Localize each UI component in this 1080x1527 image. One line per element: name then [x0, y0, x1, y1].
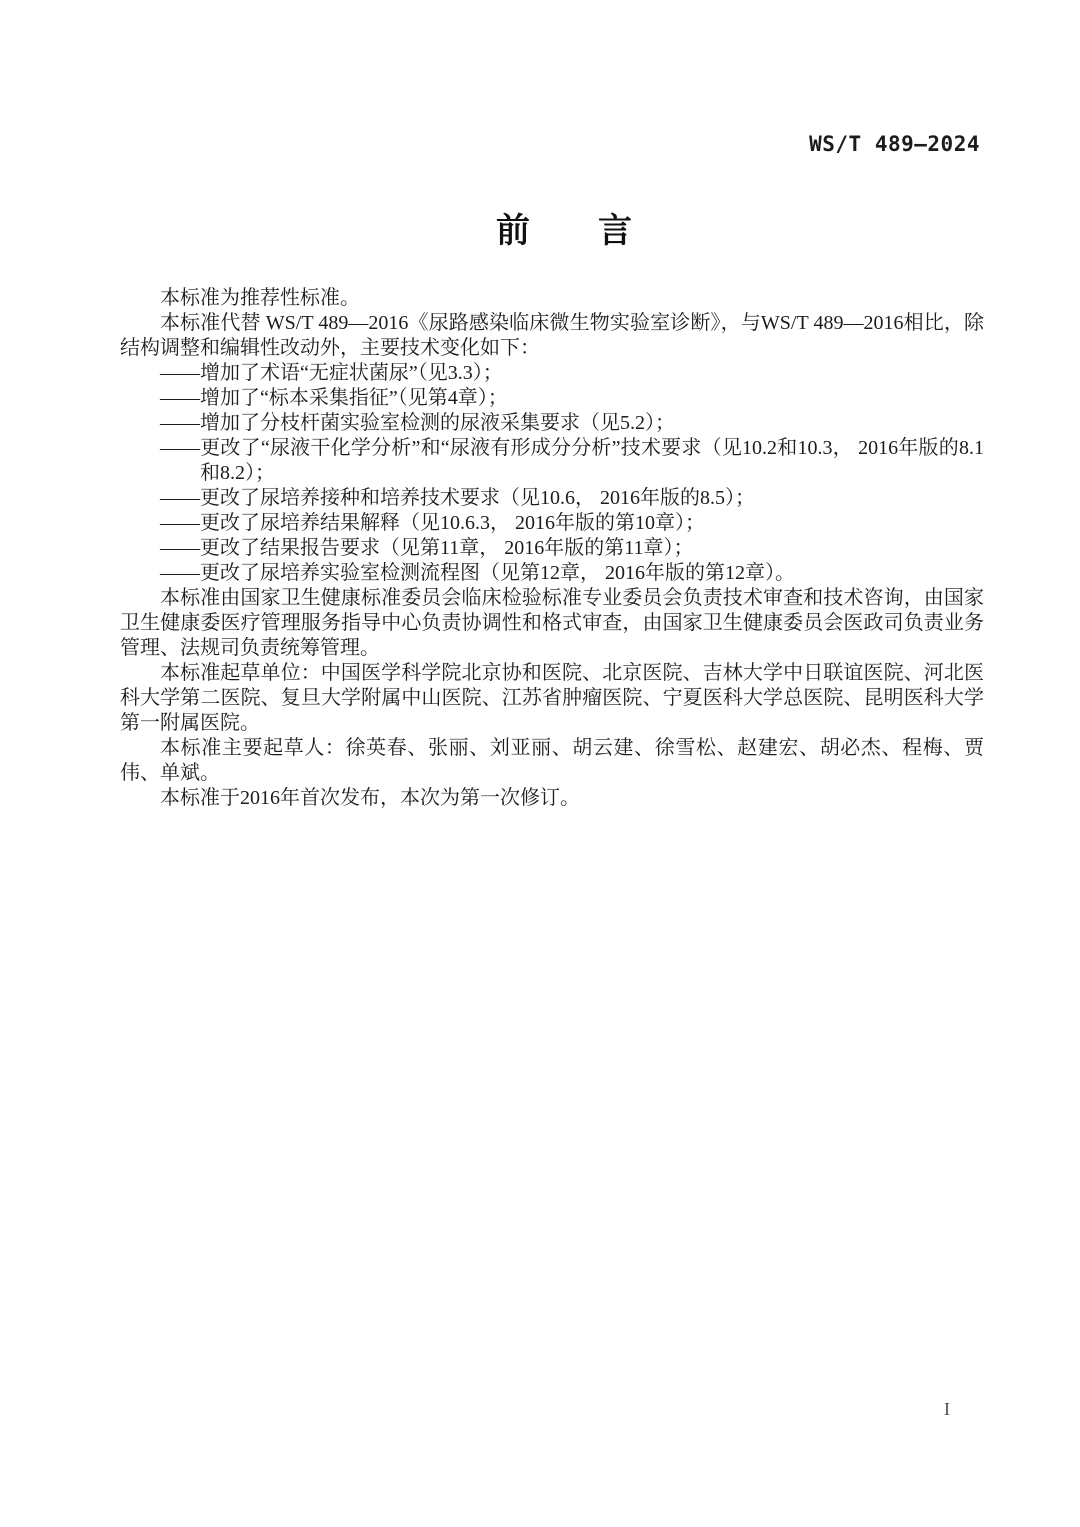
- paragraph-responsibility: 本标准由国家卫生健康标准委员会临床检验标准专业委员会负责技术审查和技术咨询，由国…: [120, 586, 984, 661]
- change-item: ——更改了尿培养结果解释（见10.6.3， 2016年版的第10章）；: [120, 511, 984, 536]
- paragraph-drafting-units: 本标准起草单位：中国医学科学院北京协和医院、北京医院、吉林大学中日联谊医院、河北…: [120, 661, 984, 736]
- page-number: I: [944, 1399, 950, 1420]
- change-item: ——更改了“尿液干化学分析”和“尿液有形成分分析”技术要求（见10.2和10.3…: [120, 436, 984, 486]
- change-item: ——更改了结果报告要求（见第11章， 2016年版的第11章）；: [120, 536, 984, 561]
- page-title: 前 言: [120, 213, 994, 250]
- paragraph-revision-note: 本标准于2016年首次发布，本次为第一次修订。: [120, 786, 984, 811]
- change-item: ——更改了尿培养实验室检测流程图（见第12章， 2016年版的第12章）。: [120, 561, 984, 586]
- change-item: ——增加了术语“无症状菌尿”（见3.3）；: [120, 361, 984, 386]
- change-item: ——更改了尿培养接种和培养技术要求（见10.6， 2016年版的8.5）；: [120, 486, 984, 511]
- document-page: WS/T 489—2024 前 言 本标准为推荐性标准。 本标准代替 WS/T …: [0, 0, 1080, 1527]
- change-item: ——增加了“标本采集指征”（见第4章）；: [120, 386, 984, 411]
- standard-code: WS/T 489—2024: [809, 132, 980, 156]
- paragraph-drafters: 本标准主要起草人：徐英春、张丽、刘亚丽、胡云建、徐雪松、赵建宏、胡必杰、程梅、贾…: [120, 736, 984, 786]
- change-item: ——增加了分枝杆菌实验室检测的尿液采集要求（见5.2）；: [120, 411, 984, 436]
- paragraph-intro: 本标准为推荐性标准。: [120, 286, 984, 311]
- foreword-body: 本标准为推荐性标准。 本标准代替 WS/T 489—2016《尿路感染临床微生物…: [120, 286, 984, 811]
- paragraph-intro: 本标准代替 WS/T 489—2016《尿路感染临床微生物实验室诊断》，与WS/…: [120, 311, 984, 361]
